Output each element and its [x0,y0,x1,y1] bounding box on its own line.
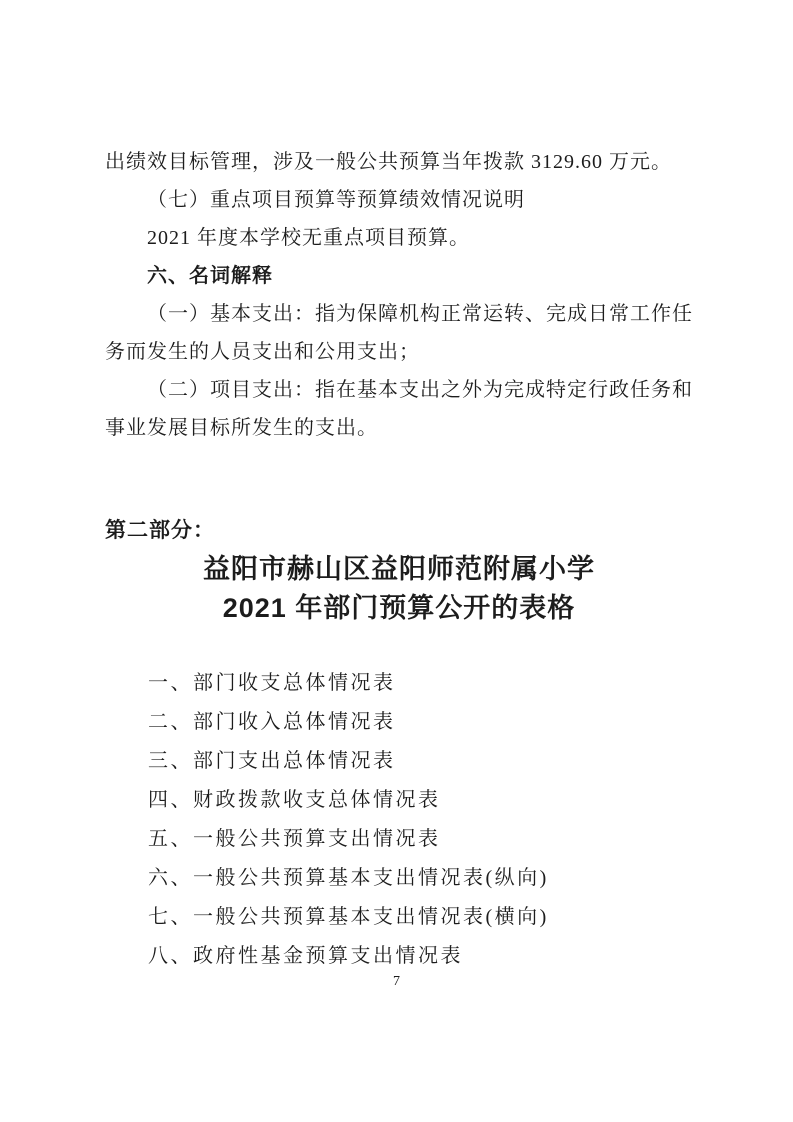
paragraph-definition-basic-expenditure: （一）基本支出：指为保障机构正常运转、完成日常工作任 务而发生的人员支出和公用支… [105,295,693,371]
paragraph-definition-project-expenditure: （二）项目支出：指在基本支出之外为完成特定行政任务和 事业发展目标所发生的支出。 [105,371,693,447]
part-two-label: 第二部分： [105,512,693,550]
list-item-table-7: 七、一般公共预算基本支出情况表(横向) [148,898,693,937]
paragraph-item-seven-heading: （七）重点项目预算等预算绩效情况说明 [105,181,693,219]
list-item-table-4: 四、财政拨款收支总体情况表 [148,781,693,820]
list-item-table-1: 一、部门收支总体情况表 [148,664,693,703]
body-text-block: 出绩效目标管理，涉及一般公共预算当年拨款 3129.60 万元。 （七）重点项目… [105,143,693,447]
page-content: 出绩效目标管理，涉及一般公共预算当年拨款 3129.60 万元。 （七）重点项目… [105,0,693,976]
list-item-table-8: 八、政府性基金预算支出情况表 [148,937,693,976]
page-number: 7 [0,974,793,990]
budget-table-list: 一、部门收支总体情况表 二、部门收入总体情况表 三、部门支出总体情况表 四、财政… [105,664,693,976]
list-item-table-3: 三、部门支出总体情况表 [148,742,693,781]
paragraph-performance-continuation: 出绩效目标管理，涉及一般公共预算当年拨款 3129.60 万元。 [105,143,693,181]
paragraph-no-key-project: 2021 年度本学校无重点项目预算。 [105,219,693,257]
section-heading-term-definitions: 六、名词解释 [105,257,693,295]
document-title-budget-tables: 2021 年部门预算公开的表格 [105,589,693,628]
list-item-table-2: 二、部门收入总体情况表 [148,703,693,742]
list-item-table-5: 五、一般公共预算支出情况表 [148,820,693,859]
list-item-table-6: 六、一般公共预算基本支出情况表(纵向) [148,859,693,898]
document-title-school-name: 益阳市赫山区益阳师范附属小学 [105,550,693,589]
document-page: 出绩效目标管理，涉及一般公共预算当年拨款 3129.60 万元。 （七）重点项目… [0,0,793,1122]
